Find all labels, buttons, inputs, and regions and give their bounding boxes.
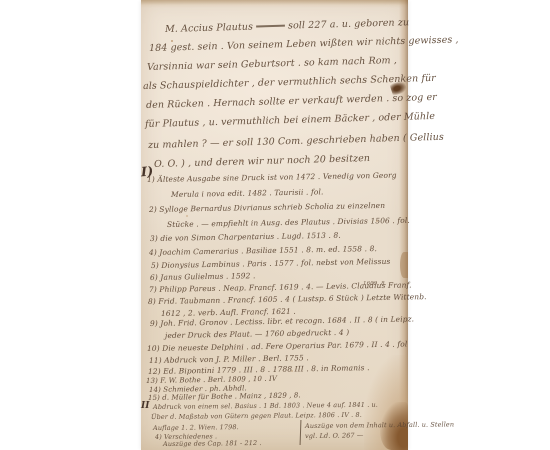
edge-stain [400,252,408,278]
footer-divider-line [300,420,302,445]
struck-word: ——— [256,21,285,33]
handwritten-line: Abdruck von einem sel. Basius . 1 Bd. 18… [153,401,378,411]
page-top-edge [141,0,408,5]
manuscript-page: M. Accius Plautus ——— soll 227 a. u. geb… [141,0,408,450]
handwritten-line: den Rücken . Hernach sollte er verkauft … [146,92,437,111]
handwritten-line: vgl. Ld. O. 267 — [305,431,364,440]
handwritten-line: Über d. Maßstab von Gütern gegen Plaut. … [151,411,362,421]
title-text-cont: soll 227 a. u. geboren zu [285,17,410,31]
handwritten-line: 5) Dionysius Lambinus . Paris . 1577 . f… [151,257,391,270]
handwritten-line: 2) Sylloge Bernardus Divrianus schrieb S… [149,201,385,214]
handwritten-line: 15) d. Müller für Bothe . Mainz , 1829 ,… [148,391,301,402]
handwritten-line: für Plautus , u. vermuthlich bei einem B… [145,111,435,130]
handwritten-line: 8) Frid. Taubmann . Francf. 1605 . 4 ( L… [148,292,427,306]
handwritten-line: 13) F. W. Bothe . Berl. 1809 , 10 . IV [146,375,277,385]
handwritten-line: 11) Abdruck von J. P. Miller . Berl. 175… [149,353,309,365]
handwritten-line: Stücke . — empfiehlt in Ausg. des Plautu… [167,216,410,229]
handwritten-line: Auszüge von dem Inhalt u. Abfall. u. Ste… [305,420,454,430]
handwritten-line: Auflage 1. 2. Wien. 1798. [153,423,239,432]
handwritten-line: M. Accius Plautus ——— soll 227 a. u. geb… [165,17,409,35]
handwritten-line: Varsinnia war sein Geburtsort . so kam n… [147,55,397,73]
handwritten-line: 4) Joachim Camerarius . Basiliae 1551 . … [149,244,377,257]
handwritten-line: Auszüge des Cap. 181 - 212 . [163,439,262,448]
margin-mark-two: II [141,401,149,411]
interlinear-note: 1609. 8. [363,281,387,287]
handwritten-line: jeder Druck des Plaut. — 1760 abgedruckt… [165,328,349,340]
title-text: M. Accius Plautus [165,21,256,35]
handwritten-line: Merula i nova edit. 1482 . Taurisii . fo… [171,187,324,199]
handwritten-line: 10) Die neueste Delphini . ad. Fere Oper… [147,339,408,353]
handwritten-line: 3) die von Simon Charpentarius . Lugd. 1… [150,231,341,243]
handwritten-line: 1) Älteste Ausgabe sine Druck ist von 14… [147,171,397,184]
handwritten-line: O. O. ) , und deren wir nur noch 20 besi… [154,153,370,170]
handwritten-line: 6) Janus Gulielmus . 1592 . [150,271,256,282]
